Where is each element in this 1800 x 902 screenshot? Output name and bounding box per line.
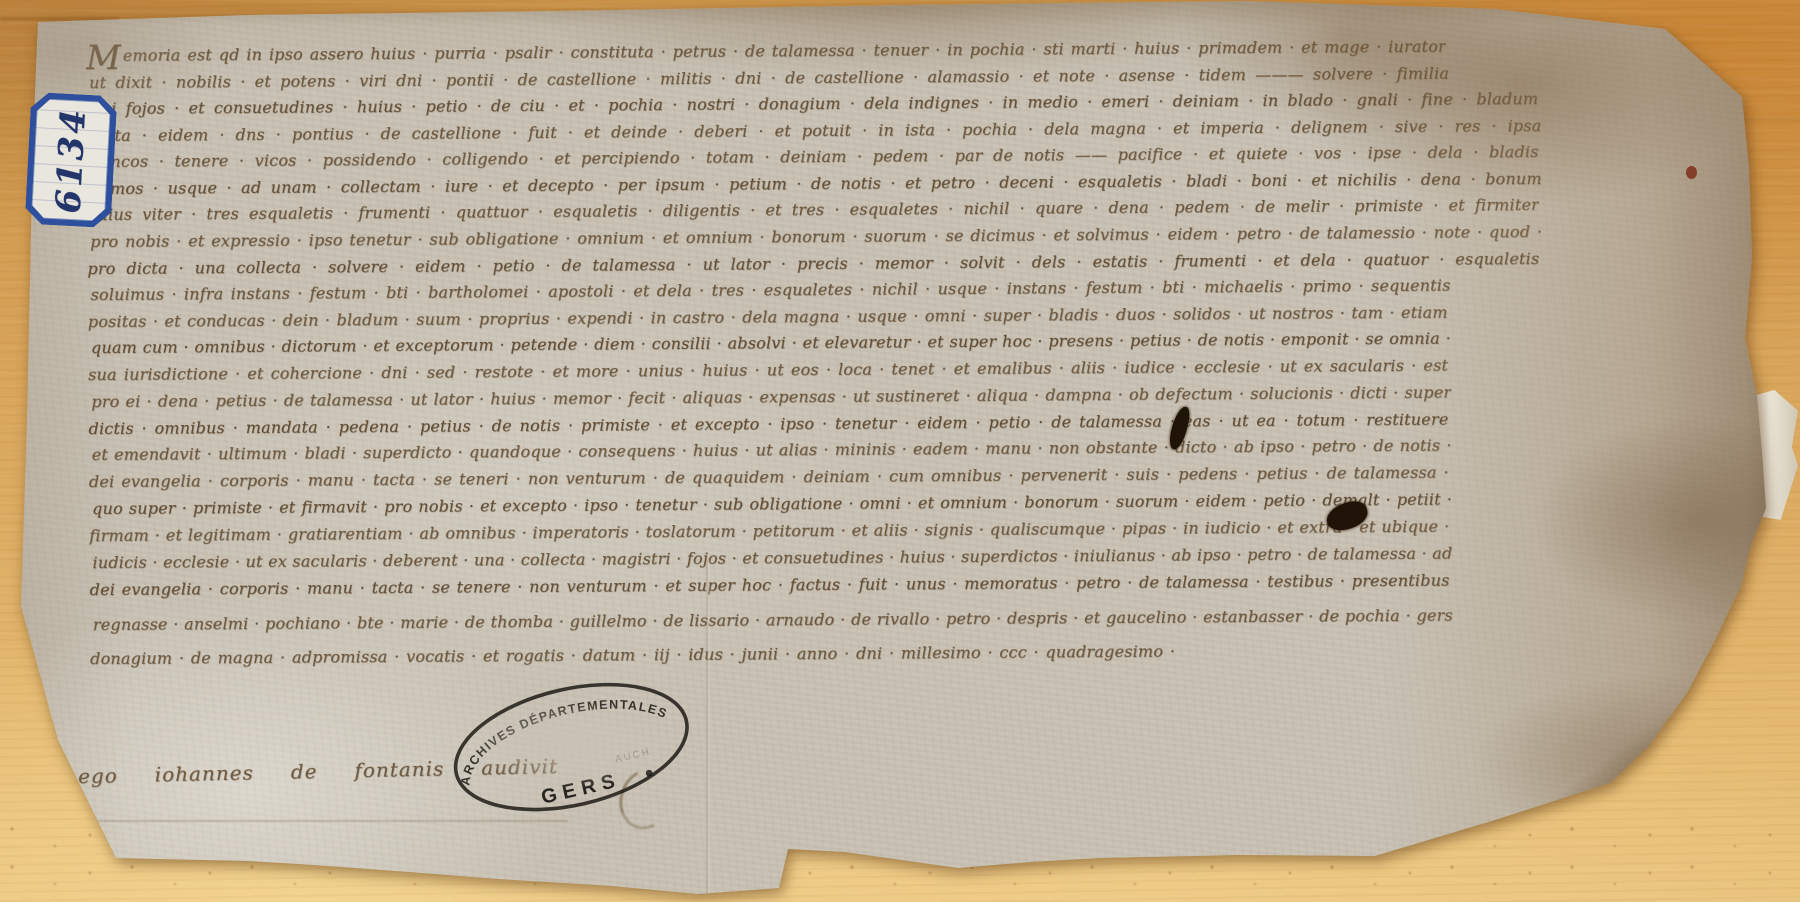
parchment-wrap: Memoria est qd in ipso assero huius · pu… (0, 0, 1800, 902)
initial-letter: M (86, 38, 121, 70)
manuscript-line: regnasse · anselmi · pochiano · bte · ma… (93, 602, 1453, 638)
svg-text:ARCHIVES DÉPARTEMENTALES: ARCHIVES DÉPARTEMENTALES (446, 681, 677, 790)
wax-spot (1686, 166, 1697, 179)
vertical-crease (706, 560, 710, 895)
stamp-arc-text: ARCHIVES DÉPARTEMENTALES (446, 681, 677, 790)
archive-label: 6134 (25, 92, 118, 228)
archive-stamp: ARCHIVES DÉPARTEMENTALES AUCH GERS (432, 653, 713, 847)
label-number: 6134 (51, 106, 91, 214)
parchment-charter: Memoria est qd in ipso assero huius · pu… (0, 0, 1800, 902)
manuscript-text: Memoria est qd in ipso assero huius · pu… (86, 33, 1570, 673)
curled-corner-fold (1535, 595, 1785, 825)
archive-label-paper: 6134 (31, 98, 111, 222)
stamp-center-text: AUCH (614, 746, 652, 765)
